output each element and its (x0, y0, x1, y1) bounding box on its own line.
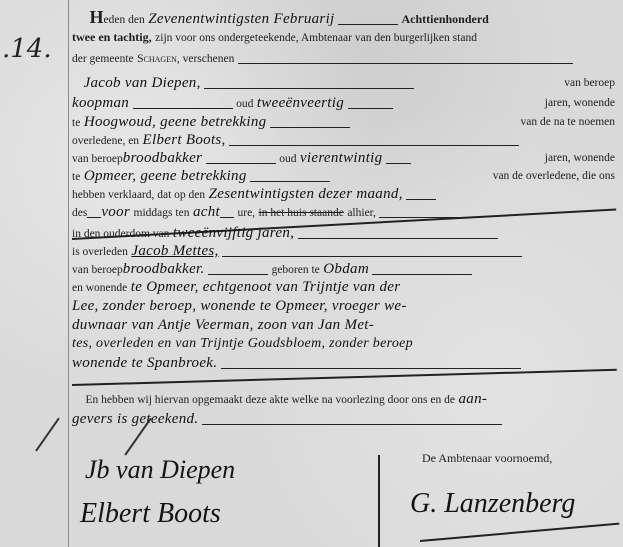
declarant2-occupation: broodbakker (123, 150, 202, 166)
signature-divider (378, 455, 380, 547)
declarant2-age: vierentwintig (300, 150, 383, 166)
year-printed: Achttienhonderd (402, 12, 489, 26)
printed-text: oud (236, 98, 253, 110)
deceased-occupation: broodbakker. (123, 261, 205, 277)
declarant2-residence: Opmeer, geene betrekking (84, 168, 247, 184)
printed-text: zijn voor ons ondergeteekende, Ambtenaar… (155, 32, 477, 44)
printed-text: hebben verklaard, dat op den (72, 189, 205, 201)
death-date: Zesentwintigsten dezer maand, (209, 186, 403, 202)
line-8: van beroepbroodbakker oud vierentwintig … (72, 149, 615, 167)
line-14: van beroepbroodbakker. geboren te Obdam (72, 260, 615, 278)
line-18: tes, overleden en van Trijntje Goudsbloe… (72, 335, 615, 353)
printed-text: des (72, 207, 87, 219)
printed-text: der gemeente (72, 53, 134, 65)
line-10: hebben verklaard, dat op den Zesentwinti… (72, 185, 615, 203)
printed-text: en wonende (72, 282, 127, 294)
line-16: Lee, zonder beroep, wonende te Opmeer, v… (72, 297, 615, 315)
signature-declarant1: Jb van Diepen (85, 455, 235, 485)
line-5: koopman oud tweeënveertig jaren, wonende (72, 94, 615, 112)
printed-text: alhier, (347, 207, 376, 219)
declarant2-name: Elbert Boots, (143, 132, 226, 148)
printed-text: is overleden (72, 246, 128, 258)
act-number: .14. (2, 34, 52, 64)
signature-declarant2: Elbert Boots (80, 498, 221, 530)
line-3: der gemeente Schagen, verschenen (72, 50, 615, 68)
struck-text: in het huis staande (259, 207, 344, 219)
line-21: gevers is geteekend. (72, 410, 615, 428)
municipality: Schagen (137, 53, 177, 65)
printed-text: jaren, wonende (545, 94, 615, 112)
deceased-name: Jacob Mettes, (131, 243, 218, 259)
printed-text: geboren te (272, 264, 320, 276)
initial-capital: H (90, 7, 104, 27)
line-20: En hebben wij hiervan opgemaakt deze akt… (72, 390, 615, 408)
printed-text: van beroep (72, 153, 123, 165)
handwritten-detail: duwnaar van Antje Veerman, zoon van Jan … (72, 317, 374, 333)
margin-rule (68, 0, 69, 547)
printed-text: , verschenen (177, 53, 234, 65)
daypart: voor (101, 204, 130, 220)
printed-text: van de overledene, die ons (493, 167, 615, 185)
handwritten-detail: gevers is geteekend. (72, 411, 198, 427)
line-1: Heden den Zevenentwintigsten Februarij A… (72, 8, 615, 26)
printed-text: van de na te noemen (520, 113, 615, 131)
printed-text: van beroep (72, 264, 123, 276)
birthplace: Obdam (323, 261, 369, 277)
line-7: overledene, en Elbert Boots, (72, 131, 615, 149)
handwritten-detail: te Opmeer, echtgenoot van Trijntje van d… (131, 279, 401, 295)
handwritten-detail: wonende te Spanbroek. (72, 355, 217, 371)
printed-text: van beroep (564, 74, 615, 92)
year-printed-2: twee en tachtig, (72, 30, 152, 44)
line-13: is overleden Jacob Mettes, (72, 242, 615, 260)
declarant1-occupation: koopman (72, 95, 129, 111)
printed-text: middags ten (134, 207, 190, 219)
line-2: twee en tachtig, zijn voor ons ondergete… (72, 28, 615, 46)
printed-text: jaren, wonende (545, 149, 615, 167)
line-19: wonende te Spanbroek. (72, 354, 615, 372)
printed-text: overledene, en (72, 135, 139, 147)
line-9: te Opmeer, geene betrekking van de overl… (72, 167, 615, 185)
declarant1-residence: Hoogwoud, geene betrekking (84, 114, 267, 130)
line-12: in den ouderdom van tweeënvijftig jaren, (72, 224, 615, 242)
handwritten-detail: aan- (458, 391, 487, 407)
printed-text: En hebben wij hiervan opgemaakt deze akt… (86, 394, 455, 406)
printed-text: ure, (237, 207, 255, 219)
printed-text: te (72, 171, 80, 183)
declarant1-age: tweeënveertig (257, 95, 344, 111)
printed-text: eden den (104, 14, 145, 26)
signature-official: G. Lanzenberg (410, 488, 575, 520)
line-17: duwnaar van Antje Veerman, zoon van Jan … (72, 316, 615, 334)
handwritten-detail: Lee, zonder beroep, wonende te Opmeer, v… (72, 298, 407, 314)
declarant1-name: Jacob van Diepen, (84, 75, 201, 91)
line-6: te Hoogwoud, geene betrekking van de na … (72, 113, 615, 131)
printed-text: in den ouderdom van (72, 228, 169, 240)
date-handwritten: Zevenentwintigsten Februarij (148, 11, 334, 27)
death-hour: acht (193, 204, 220, 220)
signature-flourish (420, 523, 619, 542)
line-4: Jacob van Diepen, van beroep (72, 74, 615, 92)
handwritten-detail: tes, overleden en van Trijntje Goudsbloe… (72, 336, 413, 351)
printed-text: te (72, 117, 80, 129)
pen-flourish (35, 418, 59, 452)
deceased-age: tweeënvijftig jaren, (173, 225, 294, 241)
official-label: De Ambtenaar voornoemd, (422, 451, 552, 466)
line-15: en wonende te Opmeer, echtgenoot van Tri… (72, 278, 615, 296)
printed-text: oud (279, 153, 296, 165)
